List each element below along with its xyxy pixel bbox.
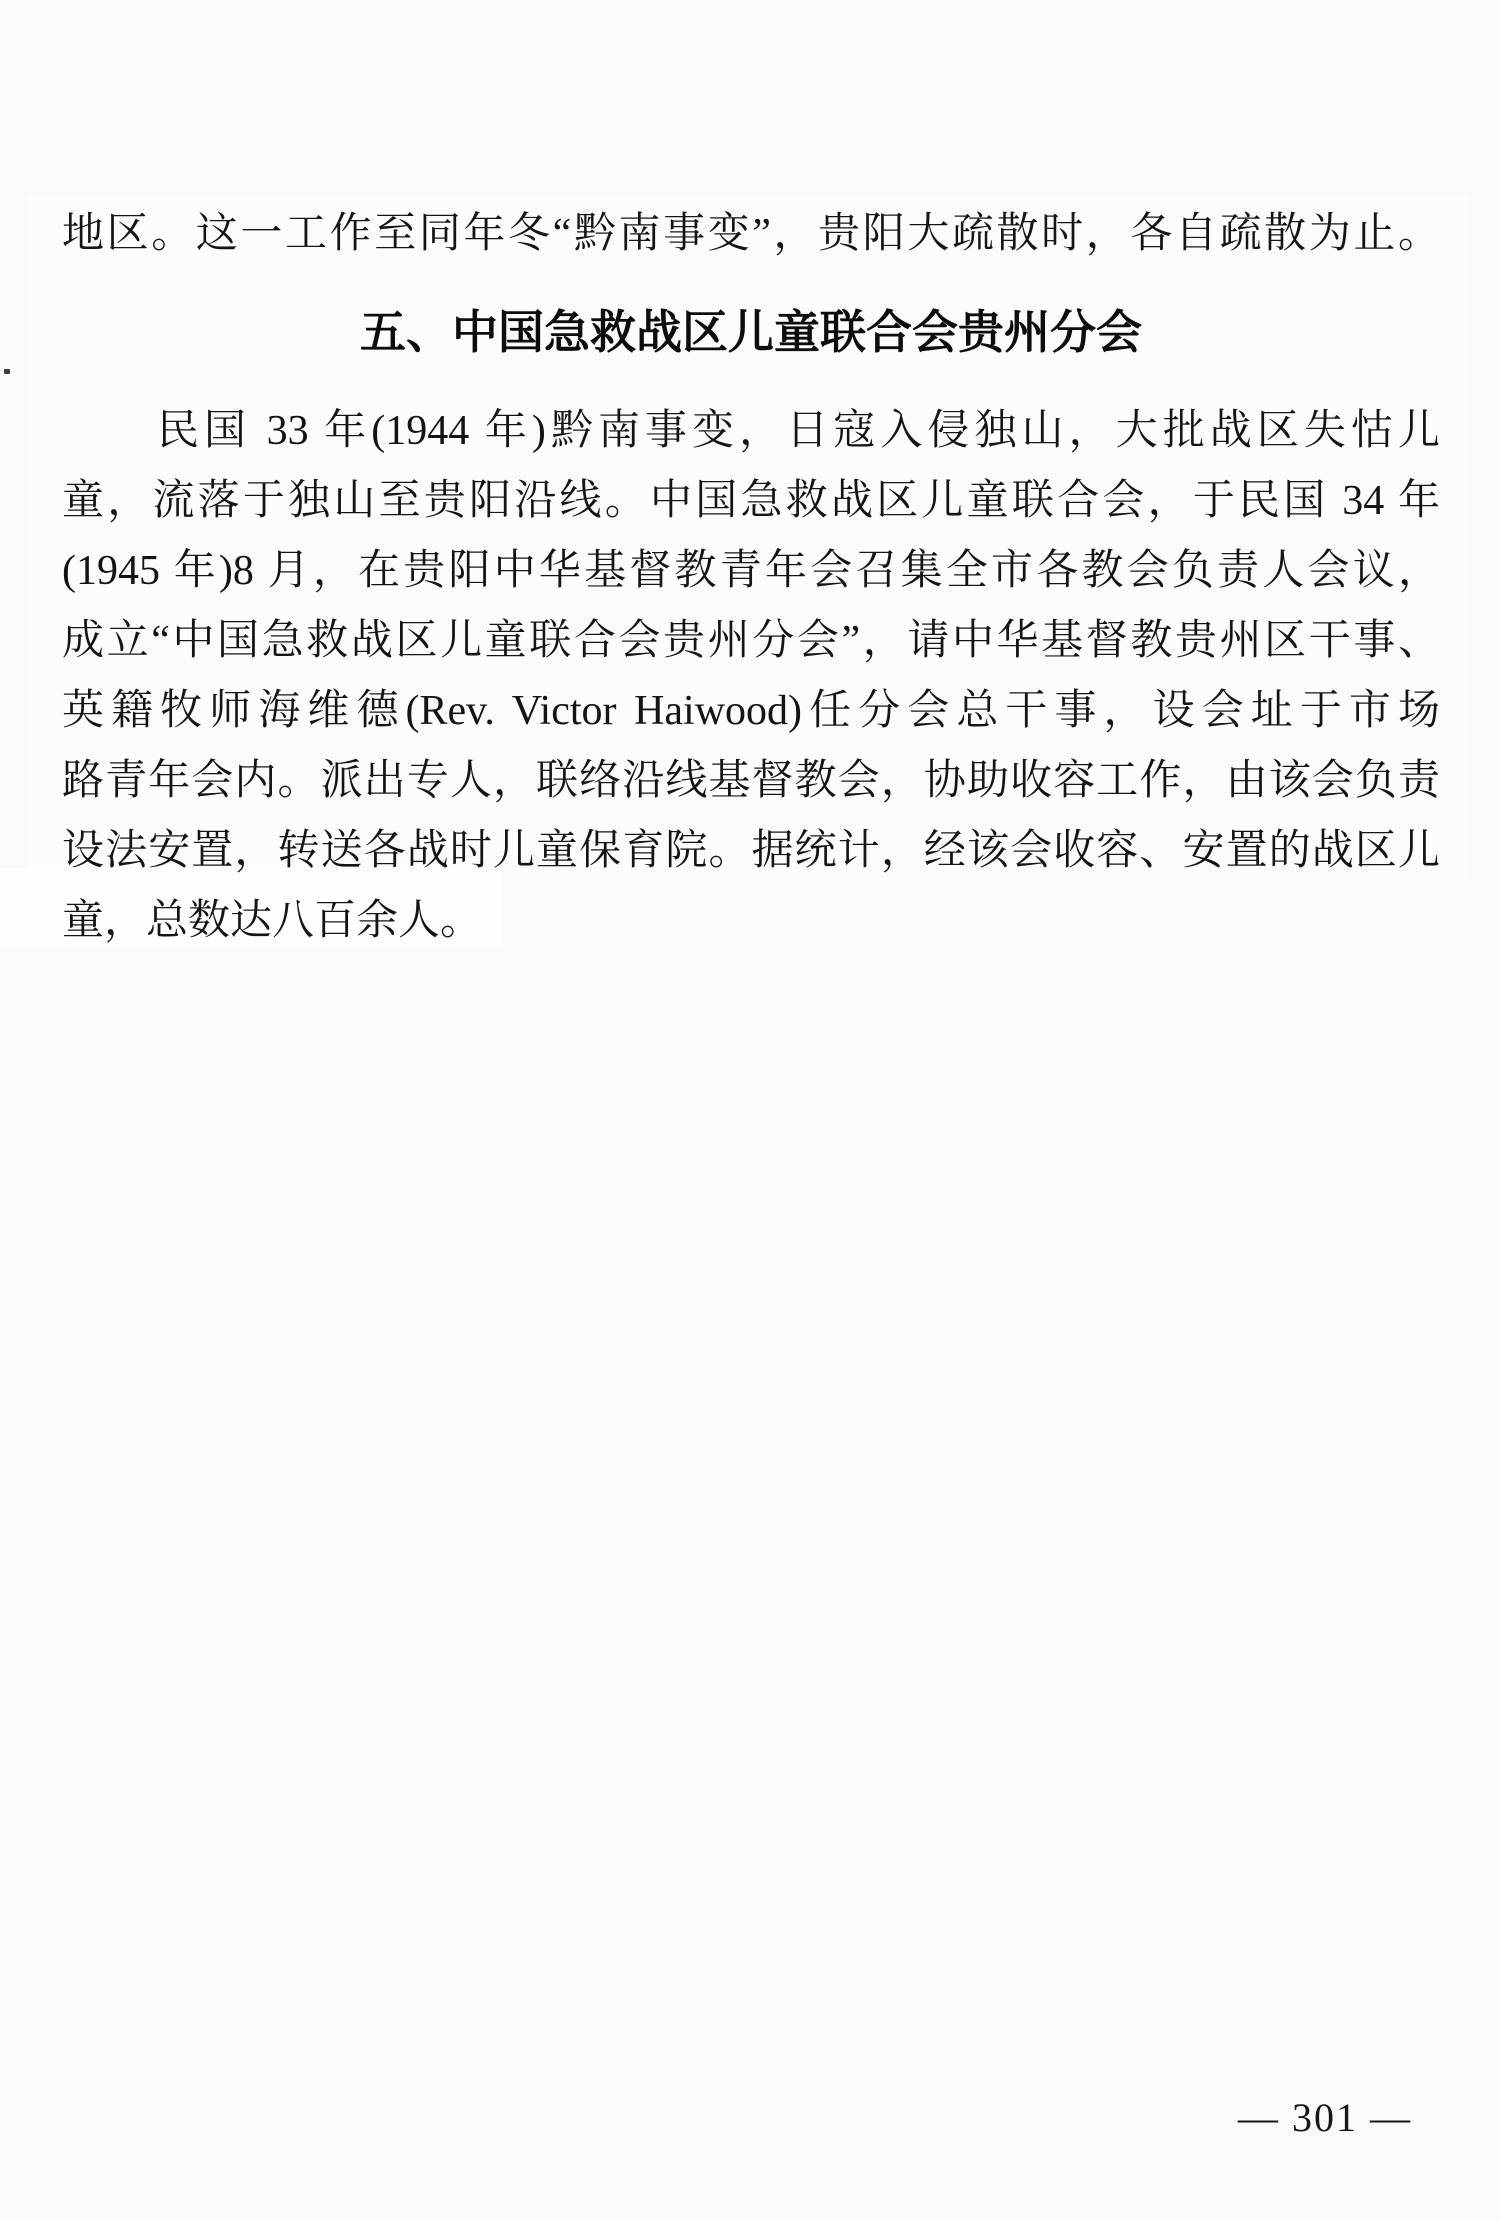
body-paragraph: 民国 33 年(1944 年)黔南事变，日寇入侵独山，大批战区失怙儿童，流落于独… [62, 396, 1440, 956]
paragraph-continuation-line: 地区。这一工作至同年冬“黔南事变”，贵阳大疏散时，各自疏散为止。 [62, 208, 1440, 260]
paragraph-line: 成立“中国急救战区儿童联合会贵州分会”，请中华基督教贵州区干事、 [62, 606, 1440, 676]
section-heading: 五、中国急救战区儿童联合会贵州分会 [62, 306, 1440, 358]
paragraph-line: 英籍牧师海维德(Rev. Victor Haiwood)任分会总干事，设会址于市… [62, 676, 1440, 746]
paragraph-line: 民国 33 年(1944 年)黔南事变，日寇入侵独山，大批战区失怙儿 [62, 396, 1440, 466]
paragraph-line: 设法安置，转送各战时儿童保育院。据统计，经该会收容、安置的战区儿 [62, 816, 1440, 886]
page-number: — 301 — [1230, 2096, 1420, 2140]
book-page: 地区。这一工作至同年冬“黔南事变”，贵阳大疏散时，各自疏散为止。 五、中国急救战… [0, 0, 1500, 2220]
paragraph-line: 路青年会内。派出专人，联络沿线基督教会，协助收容工作，由该会负责 [62, 746, 1440, 816]
paragraph-line: (1945 年)8 月，在贵阳中华基督教青年会召集全市各教会负责人会议， [62, 536, 1440, 606]
scan-speck [4, 369, 10, 374]
paragraph-line: 童，总数达八百余人。 [62, 886, 1440, 956]
paragraph-line: 童，流落于独山至贵阳沿线。中国急救战区儿童联合会，于民国 34 年 [62, 466, 1440, 536]
